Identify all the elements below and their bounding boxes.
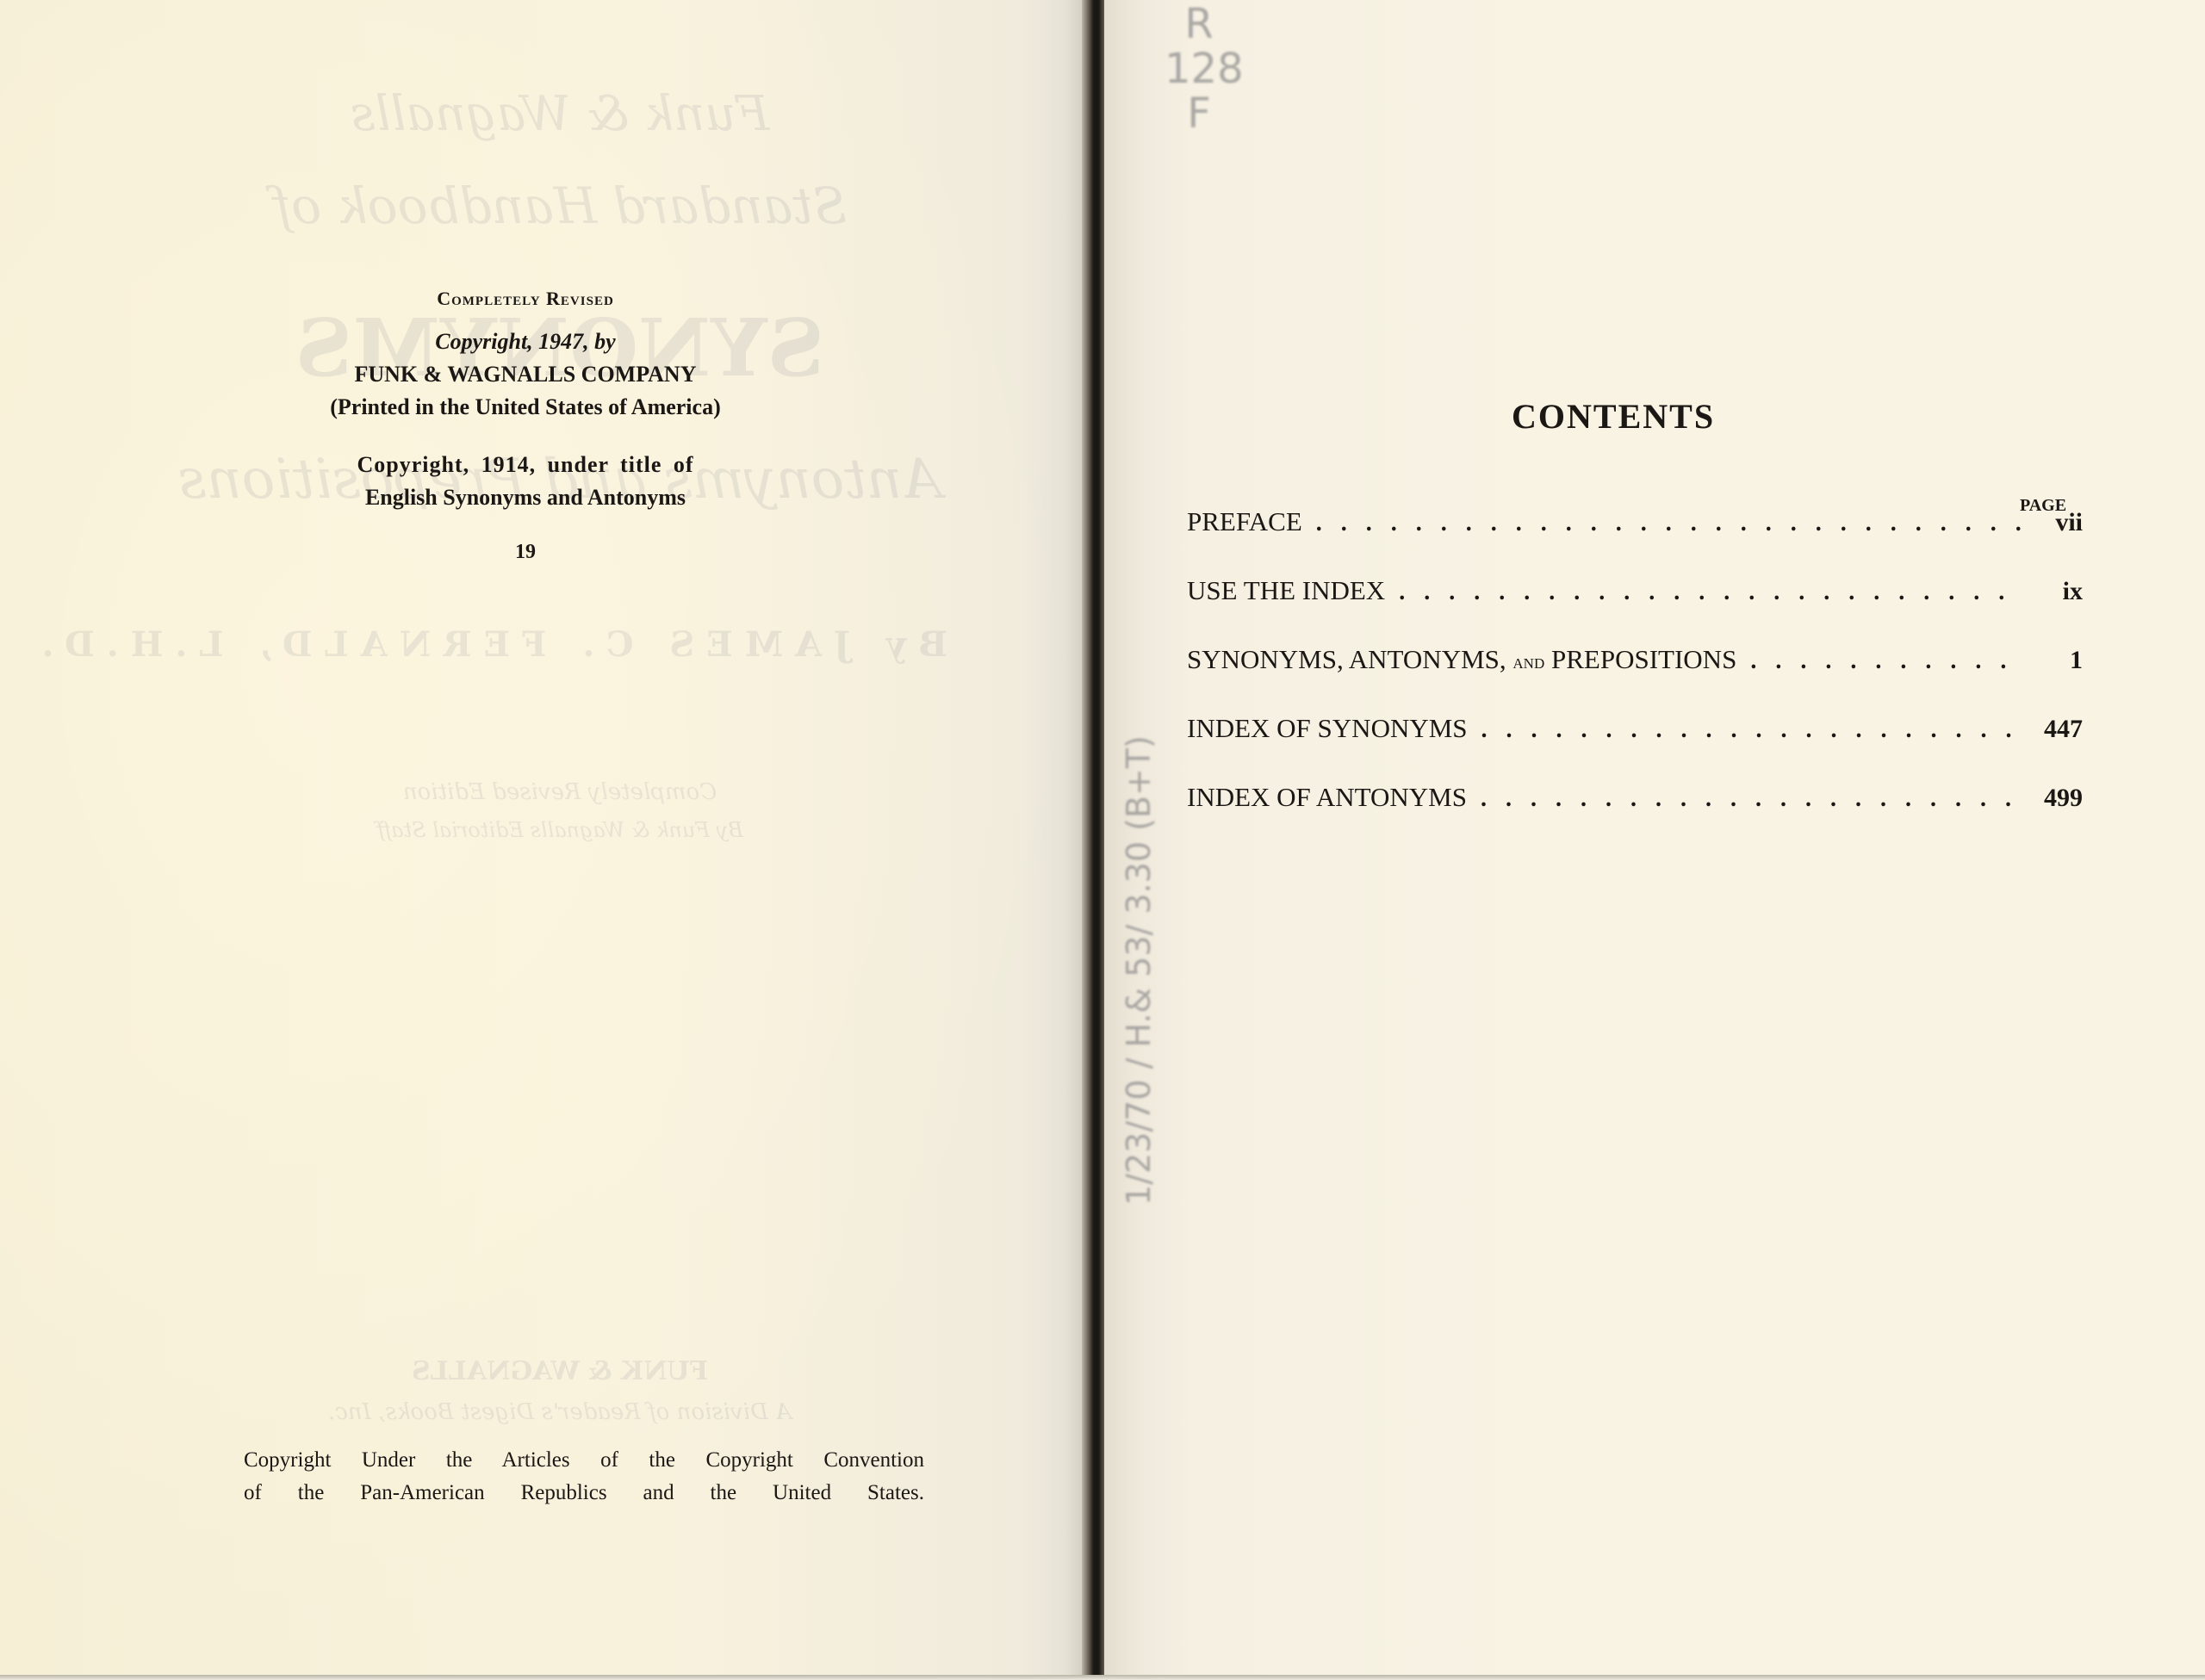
pencil-call-number: R 128 F bbox=[1165, 2, 1233, 136]
toc-entry-page: vii bbox=[2022, 508, 2083, 537]
copyright-block: Completely Revised Copyright, 1947, by F… bbox=[224, 288, 827, 568]
copyright-1947: Copyright, 1947, by bbox=[224, 325, 827, 358]
toc-entry-label: INDEX OF SYNONYMS bbox=[1187, 713, 1468, 744]
dot-leader: .................................... bbox=[1385, 579, 2022, 606]
footer-line-1: Copyright Under the Articles of the Copy… bbox=[244, 1444, 924, 1477]
toc-entry-label: PREFACE bbox=[1187, 506, 1302, 537]
pencil-vertical-note: 1/23/70 / H.& 53/ 3.30 (B+T) bbox=[1120, 431, 1158, 1206]
ghost-text: Standard Handbook of bbox=[172, 177, 947, 235]
toc-entry-preface[interactable]: PREFACE ................................… bbox=[1187, 506, 2083, 575]
publisher-name: FUNK & WAGNALLS COMPANY bbox=[224, 358, 827, 391]
ghost-text: FUNK & WAGNALLS bbox=[345, 1356, 775, 1386]
page-bottom-edge bbox=[0, 1675, 2205, 1680]
dot-leader: .................................... bbox=[1468, 716, 2022, 744]
toc-entry-index-of-synonyms[interactable]: INDEX OF SYNONYMS ......................… bbox=[1187, 713, 2083, 782]
toc-entry-page: 499 bbox=[2022, 784, 2083, 813]
ghost-text: Completely Revised Edition bbox=[301, 779, 818, 805]
left-page: Funk & Wagnalls Standard Handbook of SYN… bbox=[0, 0, 1087, 1675]
ghost-text: By Funk & Wagnalls Editorial Staff bbox=[276, 818, 844, 842]
toc-entry-label: INDEX OF ANTONYMS bbox=[1187, 782, 1467, 813]
printed-in: (Printed in the United States of America… bbox=[224, 391, 827, 424]
completely-revised-label: Completely Revised bbox=[224, 288, 827, 310]
toc-entry-label: SYNONYMS, ANTONYMS, and PREPOSITIONS bbox=[1187, 644, 1736, 675]
table-of-contents: PREFACE ................................… bbox=[1187, 506, 2083, 851]
dot-leader: .................................... bbox=[1302, 510, 2022, 537]
dot-leader: .................................... bbox=[1467, 785, 2022, 813]
ghost-text: A Division of Reader's Digest Books, Inc… bbox=[215, 1399, 904, 1425]
toc-entry-synonyms-antonyms-prepositions[interactable]: SYNONYMS, ANTONYMS, and PREPOSITIONS ...… bbox=[1187, 644, 2083, 713]
toc-entry-page: 447 bbox=[2022, 715, 2083, 744]
contents-title: CONTENTS bbox=[1512, 396, 1715, 437]
toc-entry-page: ix bbox=[2022, 577, 2083, 606]
toc-entry-page: 1 bbox=[2022, 646, 2083, 675]
copyright-1914: Copyright, 1914, under title of bbox=[224, 449, 827, 481]
ghost-text: By JAMES C. FERNALD, L.H.D. bbox=[172, 624, 947, 665]
copyright-convention-note: Copyright Under the Articles of the Copy… bbox=[244, 1444, 924, 1510]
footer-line-2: of the Pan-American Republics and the Un… bbox=[244, 1477, 924, 1510]
ghost-text: Funk & Wagnalls bbox=[258, 86, 861, 142]
book-spread: Funk & Wagnalls Standard Handbook of SYN… bbox=[0, 0, 2205, 1680]
toc-entry-label: USE THE INDEX bbox=[1187, 575, 1385, 606]
original-title: English Synonyms and Antonyms bbox=[224, 481, 827, 514]
toc-entry-use-the-index[interactable]: USE THE INDEX ..........................… bbox=[1187, 575, 2083, 644]
dot-leader: .................................... bbox=[1736, 648, 2022, 675]
printing-number: 19 bbox=[224, 536, 827, 568]
toc-entry-index-of-antonyms[interactable]: INDEX OF ANTONYMS ......................… bbox=[1187, 782, 2083, 851]
